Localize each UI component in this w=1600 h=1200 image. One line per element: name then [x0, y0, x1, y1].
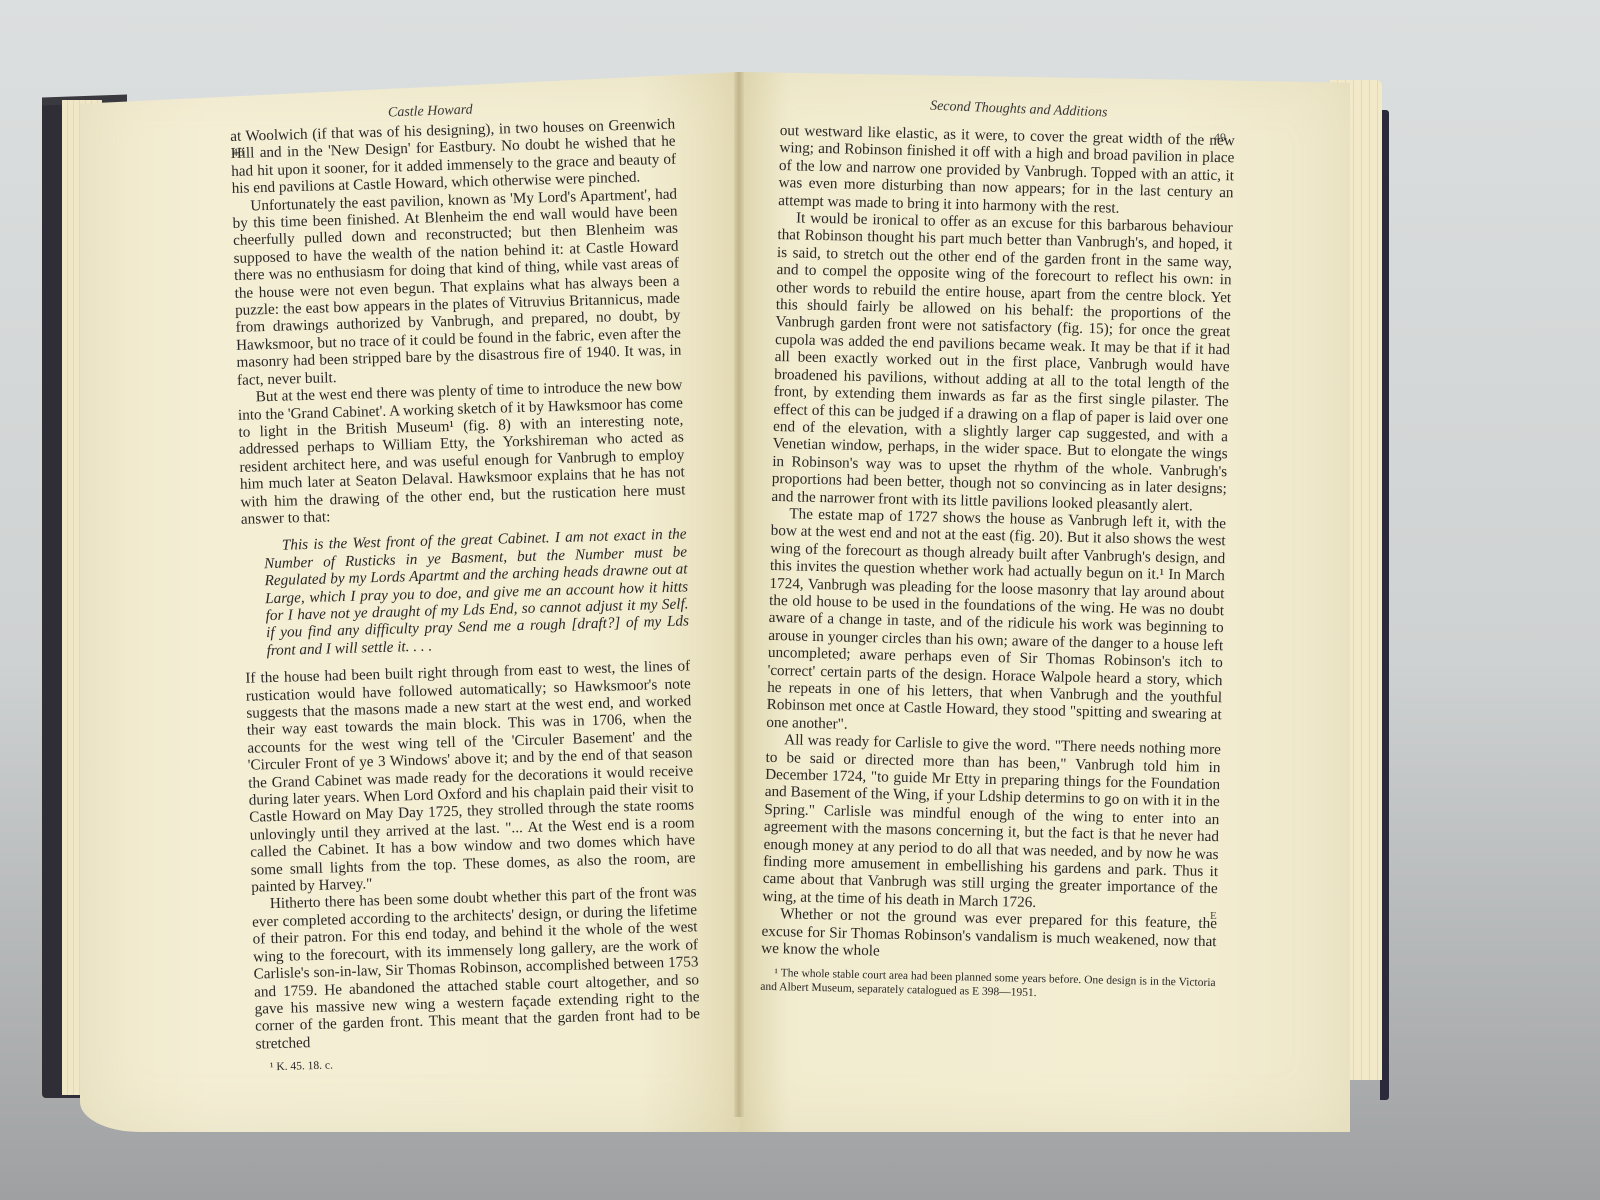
paragraph: If the house had been built right throug… [245, 658, 696, 897]
block-quote: This is the West front of the great Cabi… [263, 526, 689, 660]
right-page-text: out westward like elastic, as it were, t… [760, 122, 1235, 1004]
paragraph: Hitherto there has been some doubt wheth… [251, 884, 700, 1053]
paragraph: All was ready for Carlisle to give the w… [762, 731, 1221, 915]
paragraph: Unfortunately the east pavilion, known a… [232, 185, 682, 389]
paragraph: at Woolwich (if that was of his designin… [230, 116, 677, 198]
running-head-left: Castle Howard [388, 103, 473, 122]
signature-mark: E [1210, 910, 1217, 922]
left-page-text: at Woolwich (if that was of his designin… [230, 116, 701, 1075]
paragraph: It would be ironical to offer as an excu… [771, 209, 1233, 515]
paragraph: But at the west end there was plenty of … [237, 377, 686, 529]
paragraph: Whether or not the ground was ever prepa… [761, 905, 1217, 968]
paragraph: out westward like elastic, as it were, t… [778, 122, 1235, 219]
book-gutter [734, 72, 744, 1117]
paragraph: The estate map of 1727 shows the house a… [766, 505, 1226, 742]
